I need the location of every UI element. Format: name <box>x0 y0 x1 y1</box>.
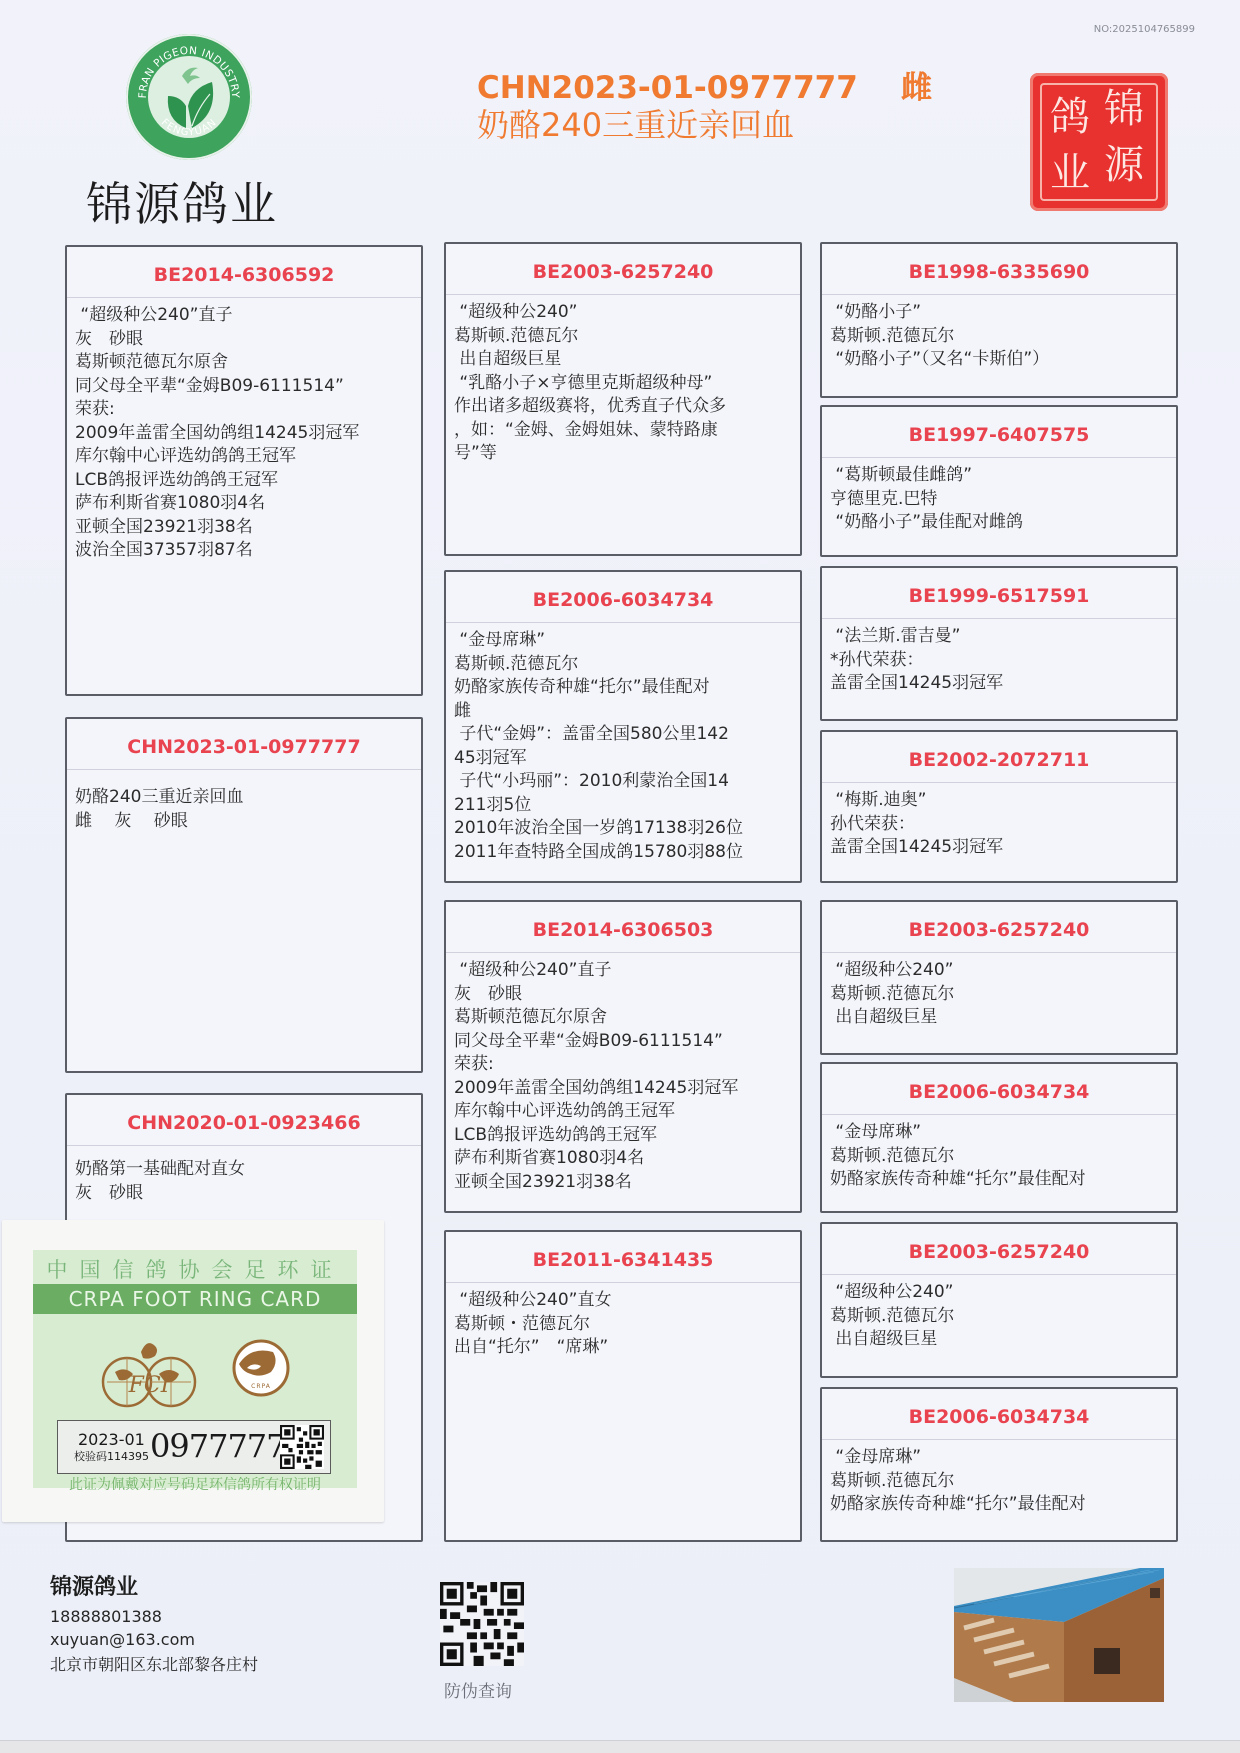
foot-ring-card: 中国信鸽协会足环证 CRPA FOOT RING CARD FCI CRPA 2… <box>2 1220 384 1522</box>
pedigree-box-sire-dam: BE2006-6034734 “金母席琳”葛斯顿.范德瓦尔奶酪家族传奇种雄“托尔… <box>444 570 802 883</box>
svg-text:FENGYUAN: FENGYUAN <box>159 117 219 138</box>
ring-number: BE2014-6306592 <box>67 247 421 298</box>
pigeon-details: “金母席琳”葛斯顿.范德瓦尔奶酪家族传奇种雄“托尔”最佳配对 <box>822 1115 1176 1192</box>
pedigree-box-gen3: BE2003-6257240 “超级种公240”葛斯顿.范德瓦尔 出自超级巨星 <box>820 1222 1178 1378</box>
pigeon-details: “金母席琳”葛斯顿.范德瓦尔奶酪家族传奇种雄“托尔”最佳配对 <box>822 1440 1176 1517</box>
red-seal-stamp: 锦 源 鸽 业 <box>1030 73 1168 211</box>
title-pigeon-name: 奶酪240三重近亲回血 <box>477 100 794 146</box>
brand-logo: FRAN PIGEON INDUSTRY FENGYUAN <box>126 34 252 160</box>
ring-card-title-cn: 中国信鸽协会足环证 <box>33 1254 357 1284</box>
ring-card-footer: 此证为佩戴对应号码足环信鸽所有权证明 <box>33 1474 357 1494</box>
seal-char: 源 <box>1104 145 1144 185</box>
seal-char: 鸽 <box>1050 97 1090 137</box>
ring-number: 0977777 <box>150 1427 286 1465</box>
loft-photo <box>954 1568 1164 1702</box>
crpa-logo-icon: CRPA <box>231 1338 291 1398</box>
ring-number: BE2006-6034734 <box>822 1389 1176 1440</box>
ring-number-label: 2023-01 校验码114395 0977777 <box>57 1420 331 1474</box>
seal-char: 业 <box>1050 153 1090 193</box>
pigeon-details: “超级种公240”葛斯顿.范德瓦尔 出自超级巨星 <box>822 953 1176 1030</box>
pigeon-details: “超级种公240”直女葛斯顿・范德瓦尔出自“托尔” “席琳” <box>446 1283 800 1360</box>
ring-number: BE2006-6034734 <box>822 1064 1176 1115</box>
scan-edge <box>0 1740 1240 1753</box>
pedigree-box-gen3: BE2006-6034734 “金母席琳”葛斯顿.范德瓦尔奶酪家族传奇种雄“托尔… <box>820 1387 1178 1542</box>
pedigree-box-dam-sire: BE2014-6306503 “超级种公240”直子灰 砂眼葛斯顿范德瓦尔原舍同… <box>444 900 802 1213</box>
fci-globe-logo-icon: FCI <box>101 1338 197 1410</box>
anti-counterfeit-qr-code-icon[interactable] <box>440 1582 524 1666</box>
ring-number: BE2006-6034734 <box>446 572 800 623</box>
ring-number: CHN2023-01-0977777 <box>67 719 421 770</box>
pigeon-details: “超级种公240”葛斯顿.范德瓦尔 出自超级巨星 “乳酪小子×亨德里克斯超级种母… <box>446 295 800 466</box>
ring-card-title-en: CRPA FOOT RING CARD <box>33 1284 357 1314</box>
pedigree-box-dam-dam: BE2011-6341435 “超级种公240”直女葛斯顿・范德瓦尔出自“托尔”… <box>444 1230 802 1542</box>
ring-number: BE2014-6306503 <box>446 902 800 953</box>
qr-label: 防伪查询 <box>444 1677 512 1702</box>
pedigree-box-subject: CHN2023-01-0977777 奶酪240三重近亲回血雌 灰 砂眼 <box>65 717 423 1073</box>
pedigree-box-gen3: BE2002-2072711 “梅斯.迪奥”孙代荣获：盖雷全国14245羽冠军 <box>820 730 1178 883</box>
footer-phone: 18888801388 <box>50 1607 162 1626</box>
pigeon-details: “超级种公240”葛斯顿.范德瓦尔 出自超级巨星 <box>822 1275 1176 1352</box>
pigeon-details: “葛斯顿最佳雌鸽”亨德里克.巴特 “奶酪小子”最佳配对雌鸽 <box>822 458 1176 535</box>
pedigree-box-sire: BE2014-6306592 “超级种公240”直子灰 砂眼葛斯顿范德瓦尔原舍同… <box>65 245 423 696</box>
ring-number: BE1999-6517591 <box>822 568 1176 619</box>
pigeon-details: “超级种公240”直子灰 砂眼葛斯顿范德瓦尔原舍同父母全平辈“金姆B09-611… <box>446 953 800 1194</box>
pigeon-details: “奶酪小子”葛斯顿.范德瓦尔 “奶酪小子”（又名“卡斯伯”） <box>822 295 1176 372</box>
pedigree-box-gen3: BE1998-6335690 “奶酪小子”葛斯顿.范德瓦尔 “奶酪小子”（又名“… <box>820 242 1178 398</box>
seal-char: 锦 <box>1104 89 1144 129</box>
serial-number: NO:2025104765899 <box>1094 24 1195 35</box>
brand-name: 锦源鸽业 <box>86 168 278 234</box>
footer-email[interactable]: xuyuan@163.com <box>50 1630 195 1649</box>
pigeon-details: “梅斯.迪奥”孙代荣获：盖雷全国14245羽冠军 <box>822 783 1176 860</box>
ring-number: BE2011-6341435 <box>446 1232 800 1283</box>
pigeon-details: “超级种公240”直子灰 砂眼葛斯顿范德瓦尔原舍同父母全平辈“金姆B09-611… <box>67 298 421 563</box>
pigeon-loft-image-icon <box>954 1568 1164 1702</box>
pedigree-box-gen3: BE1999-6517591 “法兰斯.雷吉曼”*孙代荣获：盖雷全国14245羽… <box>820 566 1178 721</box>
pigeon-details: “法兰斯.雷吉曼”*孙代荣获：盖雷全国14245羽冠军 <box>822 619 1176 696</box>
ring-number: BE2003-6257240 <box>822 1224 1176 1275</box>
footer-brand-name: 锦源鸽业 <box>50 1570 138 1601</box>
ring-year-code: 2023-01 <box>78 1430 145 1449</box>
ring-number: BE1997-6407575 <box>822 407 1176 458</box>
svg-text:FCI: FCI <box>128 1373 171 1398</box>
ring-number: BE1998-6335690 <box>822 244 1176 295</box>
pigeon-details: “金母席琳”葛斯顿.范德瓦尔奶酪家族传奇种雄“托尔”最佳配对雌 子代“金姆”：盖… <box>446 623 800 864</box>
svg-text:CRPA: CRPA <box>251 1383 271 1390</box>
pedigree-box-sire-sire: BE2003-6257240 “超级种公240”葛斯顿.范德瓦尔 出自超级巨星 … <box>444 242 802 556</box>
ring-check-code: 校验码114395 <box>74 1448 149 1464</box>
ring-number: BE2002-2072711 <box>822 732 1176 783</box>
footer-address: 北京市朝阳区东北部黎各庄村 <box>50 1652 258 1675</box>
leaf-logo-icon: FRAN PIGEON INDUSTRY FENGYUAN <box>126 34 252 160</box>
pedigree-box-gen3: BE2006-6034734 “金母席琳”葛斯顿.范德瓦尔奶酪家族传奇种雄“托尔… <box>820 1062 1178 1213</box>
pedigree-box-gen3: BE2003-6257240 “超级种公240”葛斯顿.范德瓦尔 出自超级巨星 <box>820 900 1178 1055</box>
title-sex: 雌 <box>901 70 932 106</box>
ring-qr-code-icon <box>280 1425 324 1469</box>
pedigree-box-gen3: BE1997-6407575 “葛斯顿最佳雌鸽”亨德里克.巴特 “奶酪小子”最佳… <box>820 405 1178 557</box>
ring-number: BE2003-6257240 <box>822 902 1176 953</box>
ring-number: CHN2020-01-0923466 <box>67 1095 421 1146</box>
ring-number: BE2003-6257240 <box>446 244 800 295</box>
pigeon-details: 奶酪240三重近亲回血雌 灰 砂眼 <box>67 770 421 833</box>
pigeon-details: 奶酪第一基础配对直女灰 砂眼 <box>67 1146 421 1205</box>
